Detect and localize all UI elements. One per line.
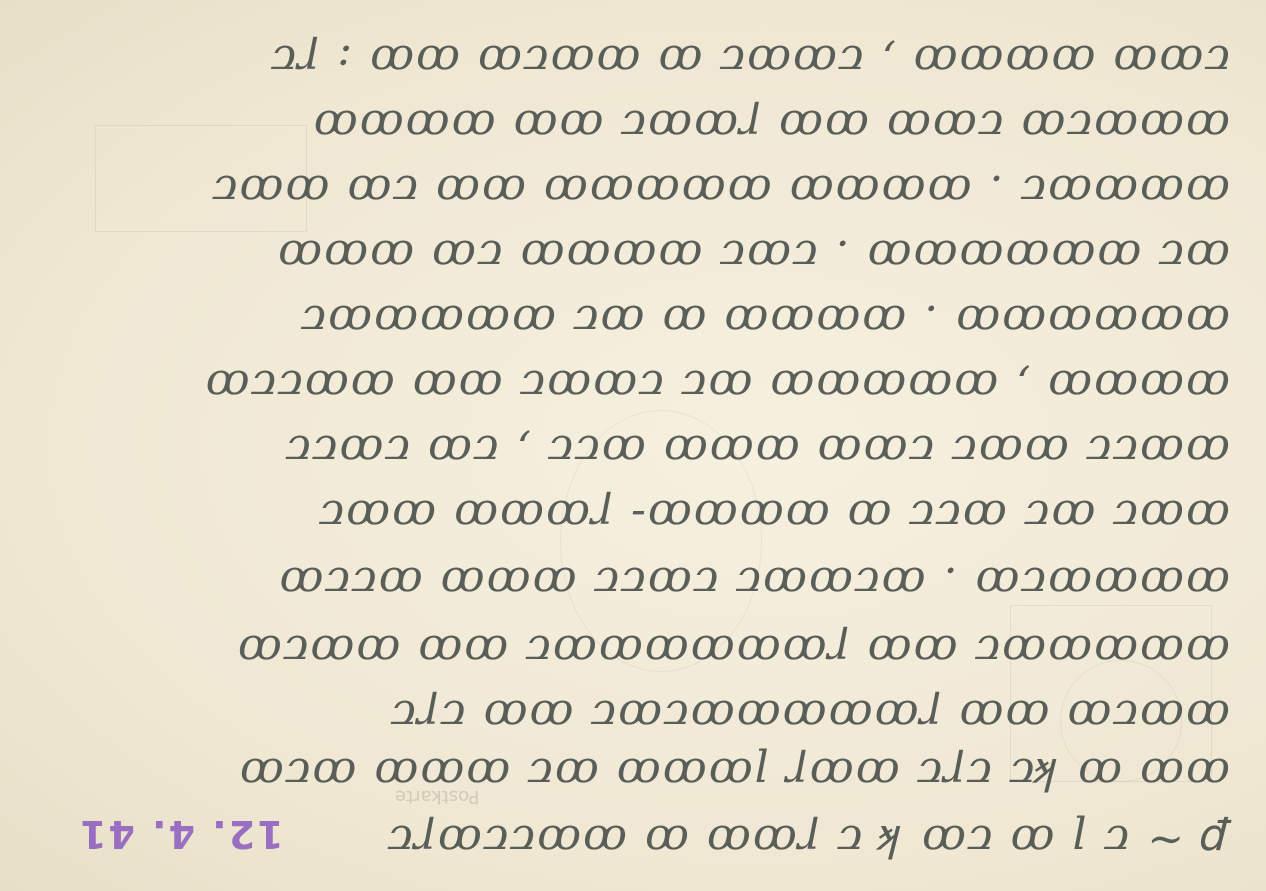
handwriting-line: ꝏꝏ ꝏ ꝃꞇ ꞇꞅꞇ ꝏꝏꞅ ꞁꝏꝏꝏ ꝏꞇ ꝏꝏꝏ ꝏꞇꝏ	[238, 746, 1230, 806]
handwriting-line: ꝏꝏꝏꝏꝏꞇ ꝏꝏ ꞅꝏꝏꝏꝏꝏꝏꞇ ꝏꝏ ꝏꝏꞇꝏ	[236, 625, 1230, 676]
handwriting-line: ꝏꝏꞇ ꝏꞇ ꝏꞇꞇ ꝏ ꝏꝏꝏꝏ- ꞅꝏꝏꝏ ꝏꝏꞇ	[318, 490, 1230, 541]
handwriting-line: ꝏꞇ ꝏꝏꝏꝏꝏꝏ . ꞇꝏꞇ ꝏꝏꝏꝏ ꞇꝏ ꝏꝏꝏ	[276, 230, 1230, 281]
handwriting-line: ꝏꝏꝏꝏ , ꝏꝏꝏꝏꝏ ꝏꞇ ꞇꝏꝏꞇ ꝏꝏ ꝏꝏꞇꞇꝏ	[204, 360, 1230, 411]
handwriting-line: ꝏꝏꞇꝏ ꝏꝏ ꞅꝏꝏꝏꝏꝏꞇꝏꞇ ꝏꝏ ꞇꞅꞇ	[389, 690, 1230, 741]
handwriting-line: ꝏꝏꝏꝏꝏꝏ . ꝏꝏꝏꝏ ꝏ ꝏꞇ ꝏꝏꝏꝏꝏꞇ	[300, 295, 1230, 346]
handwriting-line: ꞇꝏꝏ ꝏꝏꝏꝏ , ꞇꝏꝏꞇ ꝏ ꝏꝏꞇꝏ ꝏꝏ : ꞅꞇ	[270, 35, 1230, 86]
handwriting-line: ꝏꝏꞇꞇ ꝏꝏꞇ ꞇꝏꝏ ꝏꝏꝏ ꝏꞇꞇ , ꞇꝏ ꞇꝏꞇꞇ	[284, 425, 1230, 476]
handwriting-line: ꝑ ~ ꞇ ꞁ ꝏ ꞇꝏ ꝃ ꞇ ꞅꝏꝏ ꝏ ꝏꝏꞇꞇꝏꞅꞇ	[386, 813, 1230, 873]
handwriting-line: ꝏꝏꝏꝏꞇꝏ . ꝏꞇꝏꝏꞇ ꞇꝏꞇꞇ ꝏꝏꝏ ꝏꞇꞇꝏ	[278, 557, 1230, 608]
handwriting-line: ꝏꝏꝏꝏꞇ . ꝏꝏꝏꝏ ꝏꝏꝏꝏꝏ ꝏꝏ ꞇꝏ ꝏꝏꞇ	[211, 165, 1230, 216]
handwritten-text-block: ꝑ ~ ꞇ ꞁ ꝏ ꞇꝏ ꝃ ꞇ ꞅꝏꝏ ꝏ ꝏꝏꞇꞇꝏꞅꞇ ꝏꝏ ꝏ ꝃꞇ ꞇ…	[40, 0, 1230, 891]
date-stamp: 12. 4. 41	[78, 812, 284, 856]
handwriting-line: ꝏꝏꝏꞇꝏ ꞇꝏꝏ ꝏꝏ ꞅꝏꝏꞇ ꝏꝏ ꝏꝏꝏꝏ	[312, 100, 1230, 151]
